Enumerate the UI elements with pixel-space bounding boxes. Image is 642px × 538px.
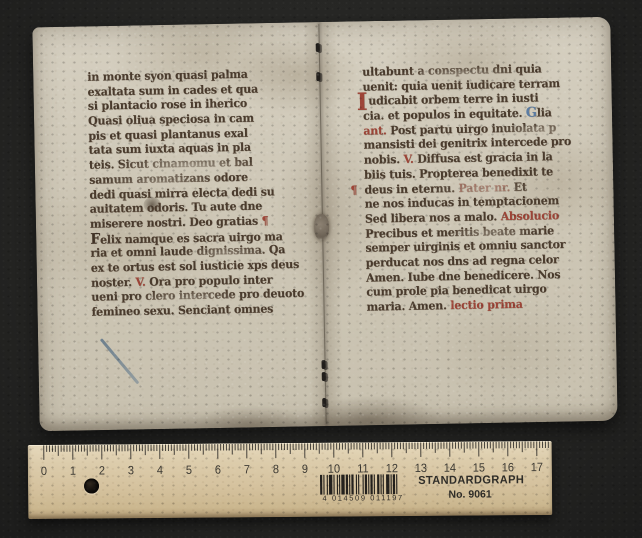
body-text: in monte syon quasi palma [87, 67, 248, 83]
ruler-number: 15 [473, 460, 485, 474]
ruler-number: 5 [186, 463, 192, 477]
rubricated-text: G [526, 105, 537, 121]
right-page-text-column: ultabunt a conspectu dni quiauenit: quia… [362, 61, 589, 315]
ruler-number: 4 [157, 463, 163, 477]
left-page-text-column: in monte syon quasi palmaexaltata sum in… [87, 66, 314, 320]
ruler-number: 9 [302, 462, 308, 476]
rubricated-text: Pater nr. [458, 180, 514, 195]
rubricated-text: V. [135, 275, 149, 289]
ruler-number: 3 [128, 463, 134, 477]
blue-pen-mark [100, 338, 140, 384]
body-text: cia. et populos in equitate. [363, 106, 526, 123]
rubricated-text: lectio prima [450, 297, 523, 312]
ruler-hanging-hole [84, 479, 99, 494]
barcode [320, 474, 406, 495]
ruler-number: 12 [386, 461, 398, 475]
ruler-number: 1 [70, 464, 76, 478]
body-text: deus in eternu. [364, 181, 458, 196]
body-text: Ora pro populo inter [149, 273, 272, 289]
body-text: lia [537, 106, 552, 120]
ruler-number: 11 [357, 461, 369, 475]
body-text: maria. Amen. [366, 299, 450, 314]
ruler-model-label: No. 9061 [428, 488, 512, 501]
body-text: miserere nostri. Deo gratias [90, 214, 262, 231]
ruler: 4 014509 011197 STANDARDGRAPH No. 9061 0… [28, 441, 553, 519]
ruler-number: 0 [41, 464, 47, 478]
ruler-number: 8 [273, 462, 279, 476]
ruler-brand-label: STANDARDGRAPH [418, 474, 522, 487]
ruler-number: 10 [328, 462, 340, 476]
ruler-number: 13 [415, 461, 427, 475]
body-text: nobis. [364, 153, 404, 167]
ruler-number: 2 [99, 463, 105, 477]
body-text: perducat nos dns ad regna celor [366, 253, 559, 270]
ruler-number: 17 [531, 460, 543, 474]
body-text: Et [514, 180, 527, 194]
manuscript-text-line: maria. Amen. lectio prima [366, 296, 588, 315]
body-text: samum aromatizans odore [89, 170, 248, 186]
rubricated-text: ¶ [261, 214, 268, 228]
body-text: Sed libera nos a malo. [365, 210, 501, 226]
binding-repair-mark [314, 214, 329, 240]
binding-stitch [321, 360, 325, 369]
ruler-number: 7 [244, 462, 250, 476]
binding-stitch [316, 43, 320, 52]
body-text: Quasi oliua speciosa in cam [88, 111, 254, 128]
photograph-backdrop: in monte syon quasi palmaexaltata sum in… [0, 0, 642, 538]
rubricated-text: ant. [363, 124, 390, 138]
body-text: noster. [91, 275, 136, 289]
body-text: ultabunt a conspectu dni quia [362, 62, 542, 79]
rubricated-text: V. [403, 152, 417, 166]
body-text: femineo sexu. Senciant omnes [91, 302, 273, 319]
body-text: auitatem odoris. Tu aute dne [90, 199, 263, 216]
manuscript-text-line: femineo sexu. Senciant omnes [91, 301, 313, 320]
barcode-bars [320, 474, 406, 495]
barcode-digits: 4 014509 011197 [314, 493, 412, 503]
body-text: teis. Sicut cinamomu et bal [89, 155, 253, 172]
manuscript-spread: in monte syon quasi palmaexaltata sum in… [32, 17, 617, 432]
body-text: si plantacio rose in iherico [88, 97, 247, 113]
binding-stitch [316, 72, 320, 81]
rubricated-text: F [90, 231, 100, 248]
body-text: biis tuis. Propterea benedixit te [364, 165, 553, 182]
ruler-number: 6 [215, 463, 221, 477]
body-text: Diffusa est gracia in la [417, 150, 553, 166]
binding-stitch [322, 398, 326, 407]
ruler-number: 16 [502, 460, 514, 474]
rubricated-text: Absolucio [501, 209, 560, 224]
ruler-number: 14 [444, 461, 456, 475]
binding-stitch [322, 372, 326, 381]
